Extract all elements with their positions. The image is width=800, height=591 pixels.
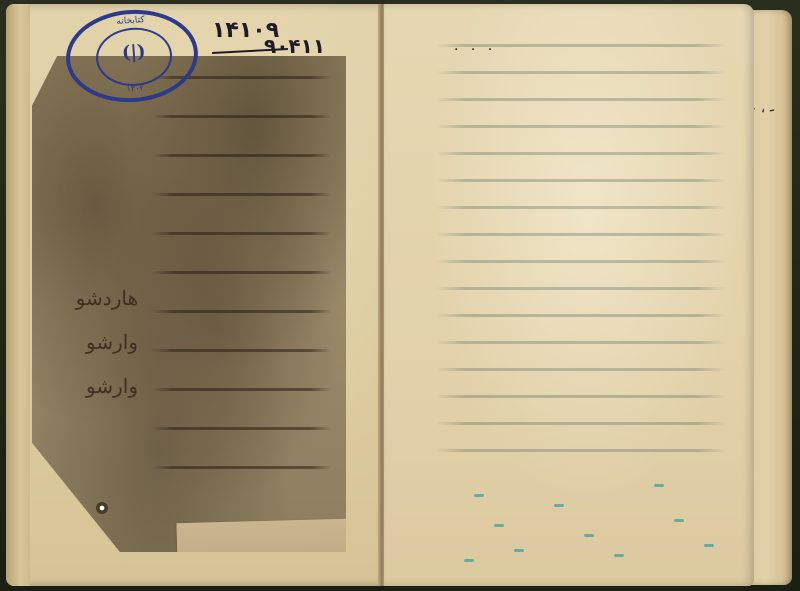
script-line	[152, 193, 332, 196]
script-line	[152, 427, 332, 430]
script-line	[152, 466, 332, 469]
script-line	[152, 388, 332, 391]
script-line	[152, 115, 332, 118]
faded-line	[436, 44, 726, 47]
faded-line	[436, 395, 726, 398]
faded-line	[436, 449, 726, 452]
margin-note: وارشو	[58, 364, 138, 408]
green-ink-marks	[434, 474, 734, 574]
stamp-inner-ring: (|)	[94, 25, 174, 88]
stamp-bottom-text: ۱۳۰۲	[90, 81, 180, 96]
faded-line	[436, 341, 726, 344]
accession-number-2: ۹۰۴۱۱	[264, 34, 325, 58]
margin-note: وارشو	[58, 320, 138, 364]
emblem-icon: (|)	[97, 39, 170, 65]
faded-line	[436, 179, 726, 182]
stamp-top-text: کتابخانه	[85, 13, 175, 29]
script-lines	[152, 76, 332, 505]
margin-ink-marks: · ، ـ	[751, 97, 798, 152]
script-line	[152, 232, 332, 235]
faded-line	[436, 368, 726, 371]
script-line	[152, 349, 332, 352]
faded-line	[436, 287, 726, 290]
paper-repair-strip	[176, 519, 347, 567]
margin-notes: هاردشو وارشو وارشو	[58, 276, 138, 408]
faded-line	[436, 314, 726, 317]
faded-line	[436, 206, 726, 209]
stained-pasted-leaf: هاردشو وارشو وارشو	[32, 56, 346, 552]
faded-line	[436, 71, 726, 74]
faded-line	[436, 422, 726, 425]
page-fore-edge	[6, 4, 30, 586]
faded-line	[436, 260, 726, 263]
left-page: هاردشو وارشو وارشو کتابخانه (|) ۱۳۰۲ ۱۴۱…	[6, 4, 380, 586]
script-line	[152, 310, 332, 313]
margin-note: هاردشو	[58, 276, 138, 320]
faded-line	[436, 98, 726, 101]
faded-line	[436, 125, 726, 128]
script-line	[152, 154, 332, 157]
script-line	[152, 271, 332, 274]
worm-hole	[96, 502, 108, 514]
faded-line	[436, 152, 726, 155]
faded-line	[436, 233, 726, 236]
right-page: · · ·	[384, 4, 754, 586]
faded-script-lines	[436, 44, 726, 476]
manuscript-photo: · ، ـ هاردشو وارشو وارشو	[0, 0, 800, 591]
